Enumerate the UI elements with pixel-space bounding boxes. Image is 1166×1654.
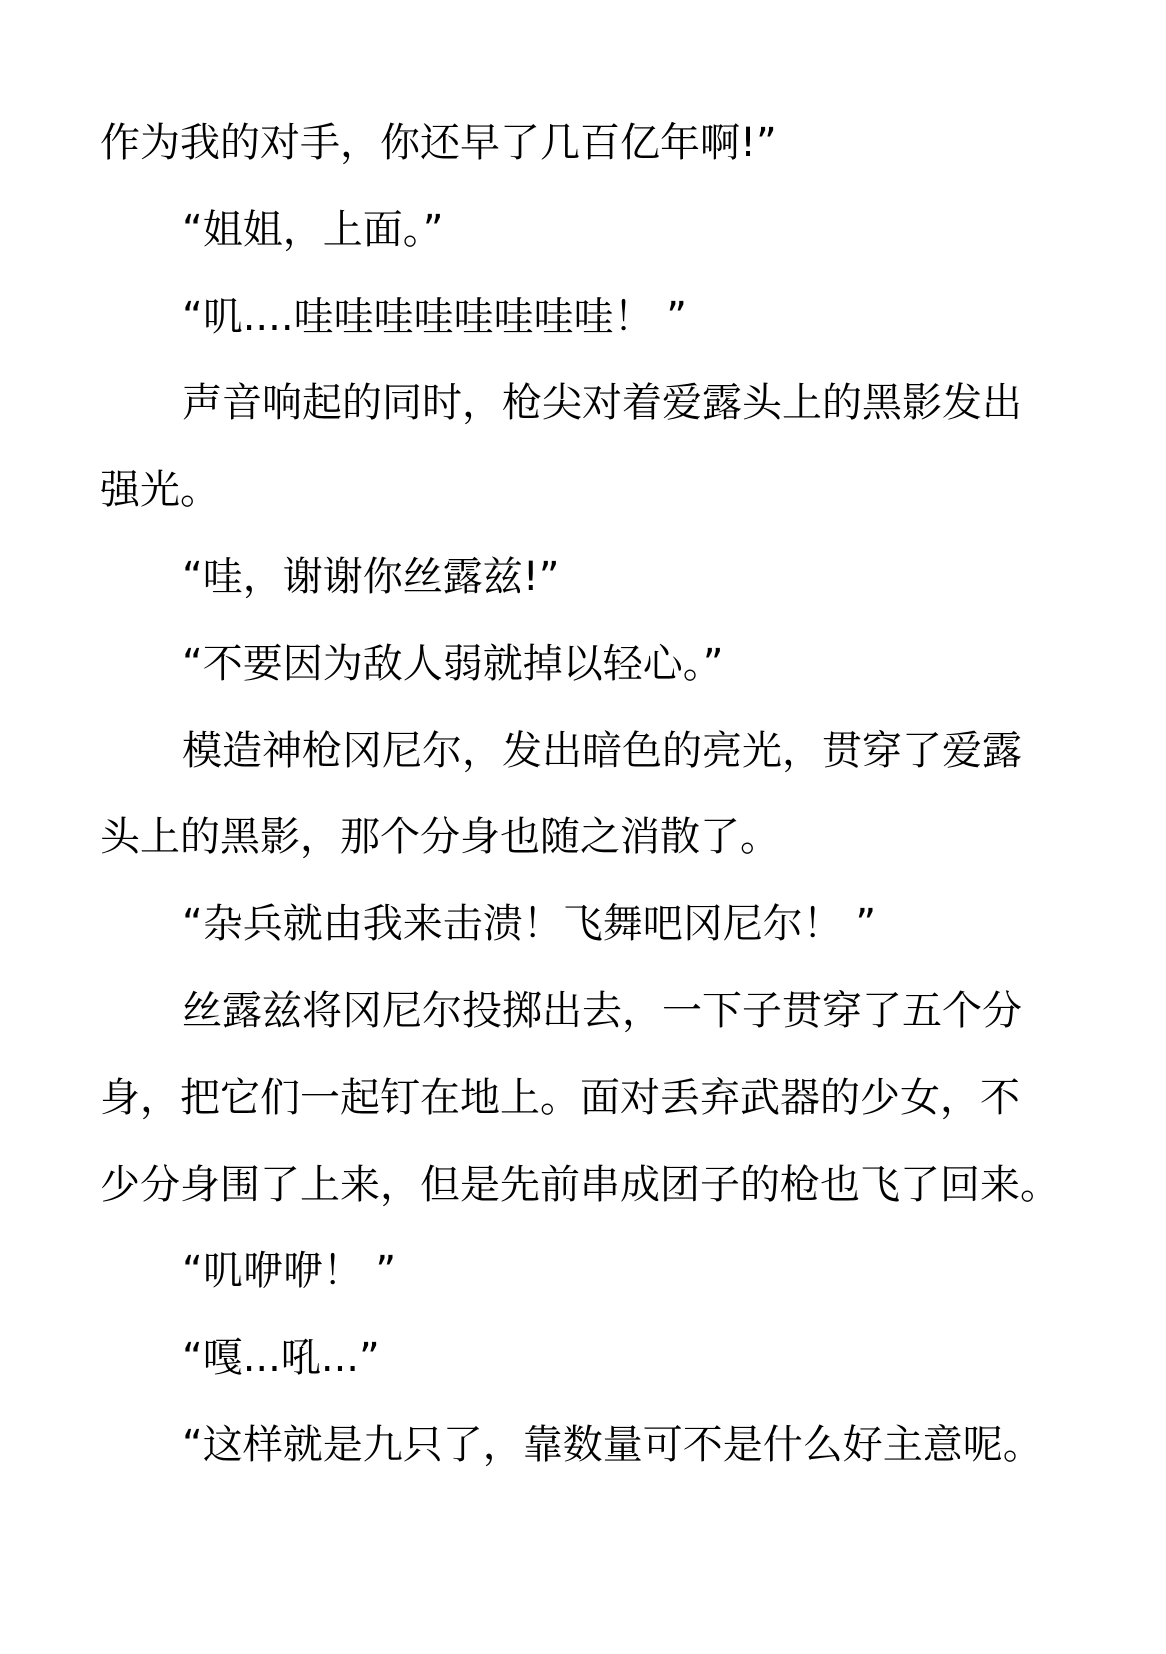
text-line: “姐姐，上面。” bbox=[100, 187, 1070, 274]
text-line: 模造神枪冈尼尔，发出暗色的亮光，贯穿了爱露 bbox=[100, 708, 1070, 795]
text-line: “杂兵就由我来击溃！飞舞吧冈尼尔！ ” bbox=[100, 881, 1070, 968]
paragraph: 模造神枪冈尼尔，发出暗色的亮光，贯穿了爱露 头上的黑影，那个分身也随之消散了。 bbox=[100, 708, 1070, 882]
document-page: 作为我的对手，你还早了几百亿年啊!” “姐姐，上面。” “叽....哇哇哇哇哇哇… bbox=[0, 0, 1166, 1654]
paragraph: “这样就是九只了，靠数量可不是什么好主意呢。 bbox=[100, 1402, 1070, 1489]
paragraph: 丝露兹将冈尼尔投掷出去，一下子贯穿了五个分 身，把它们一起钉在地上。面对丢弃武器… bbox=[100, 968, 1070, 1228]
paragraph: “叽....哇哇哇哇哇哇哇哇！ ” bbox=[100, 274, 1070, 361]
text-line: 少分身围了上来，但是先前串成团子的枪也飞了回来。 bbox=[100, 1142, 1070, 1229]
text-line: “嘎...吼...” bbox=[100, 1315, 1070, 1402]
paragraph: “不要因为敌人弱就掉以轻心。” bbox=[100, 621, 1070, 708]
paragraph: 声音响起的同时，枪尖对着爱露头上的黑影发出 强光。 bbox=[100, 360, 1070, 534]
text-line: “叽咿咿！ ” bbox=[100, 1228, 1070, 1315]
paragraph: “姐姐，上面。” bbox=[100, 187, 1070, 274]
paragraph: “杂兵就由我来击溃！飞舞吧冈尼尔！ ” bbox=[100, 881, 1070, 968]
text-line: “这样就是九只了，靠数量可不是什么好主意呢。 bbox=[100, 1402, 1070, 1489]
text-line: 身，把它们一起钉在地上。面对丢弃武器的少女，不 bbox=[100, 1055, 1070, 1142]
paragraph: “哇，谢谢你丝露兹!” bbox=[100, 534, 1070, 621]
text-line: “叽....哇哇哇哇哇哇哇哇！ ” bbox=[100, 274, 1070, 361]
text-line: “哇，谢谢你丝露兹!” bbox=[100, 534, 1070, 621]
text-line: 强光。 bbox=[100, 447, 1070, 534]
text-line: “不要因为敌人弱就掉以轻心。” bbox=[100, 621, 1070, 708]
text-line: 声音响起的同时，枪尖对着爱露头上的黑影发出 bbox=[100, 360, 1070, 447]
text-line: 丝露兹将冈尼尔投掷出去，一下子贯穿了五个分 bbox=[100, 968, 1070, 1055]
text-body: 作为我的对手，你还早了几百亿年啊!” “姐姐，上面。” “叽....哇哇哇哇哇哇… bbox=[100, 100, 1070, 1489]
text-line: 头上的黑影，那个分身也随之消散了。 bbox=[100, 794, 1070, 881]
paragraph: “嘎...吼...” bbox=[100, 1315, 1070, 1402]
paragraph: “叽咿咿！ ” bbox=[100, 1228, 1070, 1315]
paragraph: 作为我的对手，你还早了几百亿年啊!” bbox=[100, 100, 1070, 187]
text-line: 作为我的对手，你还早了几百亿年啊!” bbox=[100, 100, 1070, 187]
